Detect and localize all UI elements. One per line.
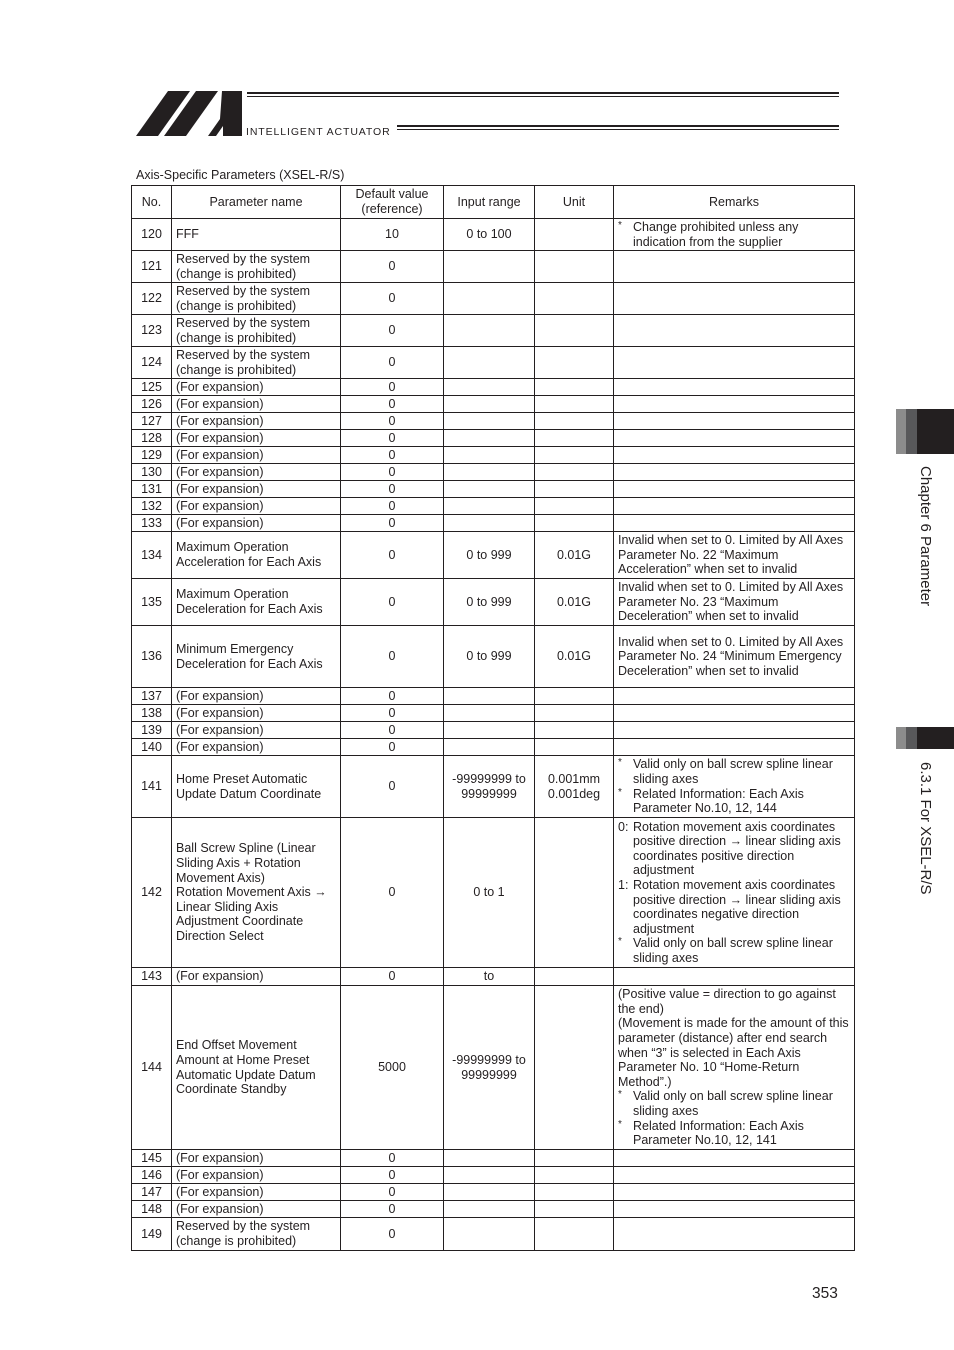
- param-range: -99999999 to99999999: [444, 986, 535, 1150]
- param-remarks: [614, 347, 855, 379]
- remark-item: *Valid only on ball screw spline linear …: [618, 936, 850, 965]
- param-default: 0: [341, 464, 444, 481]
- param-default: 0: [341, 722, 444, 739]
- param-unit: [535, 1150, 614, 1167]
- param-no: 133: [132, 515, 172, 532]
- param-range: [444, 1218, 535, 1251]
- param-no: 127: [132, 413, 172, 430]
- param-remarks: *Change prohibited unless any indication…: [614, 219, 855, 251]
- param-no: 140: [132, 739, 172, 756]
- param-range: 0 to 999: [444, 579, 535, 626]
- param-default: 0: [341, 1218, 444, 1251]
- parameter-table: No. Parameter name Default value(referen…: [131, 185, 855, 1251]
- param-no: 138: [132, 705, 172, 722]
- param-no: 148: [132, 1201, 172, 1218]
- param-unit: [535, 1201, 614, 1218]
- param-remarks: [614, 315, 855, 347]
- param-no: 141: [132, 756, 172, 818]
- param-default: 0: [341, 739, 444, 756]
- param-remarks: [614, 379, 855, 396]
- table-row: 144End Offset MovementAmount at Home Pre…: [132, 986, 855, 1150]
- param-unit: [535, 219, 614, 251]
- param-default: 0: [341, 756, 444, 818]
- param-unit: [535, 968, 614, 986]
- param-remarks: [614, 515, 855, 532]
- section-label: 6.3.1 For XSEL-R/S: [917, 762, 934, 895]
- param-default: 0: [341, 626, 444, 688]
- remark-item: 1:Rotation movement axis coordinates pos…: [618, 878, 850, 936]
- param-no: 128: [132, 430, 172, 447]
- param-default: 0: [341, 379, 444, 396]
- table-row: 146(For expansion)0: [132, 1167, 855, 1184]
- remark-item: Invalid when set to 0. Limited by All Ax…: [618, 580, 850, 624]
- table-row: 136Minimum EmergencyDeceleration for Eac…: [132, 626, 855, 688]
- param-range: -99999999 to99999999: [444, 756, 535, 818]
- param-default: 0: [341, 430, 444, 447]
- param-no: 124: [132, 347, 172, 379]
- param-range: [444, 251, 535, 283]
- param-name: Minimum EmergencyDeceleration for Each A…: [172, 626, 341, 688]
- param-no: 144: [132, 986, 172, 1150]
- param-default: 0: [341, 579, 444, 626]
- param-unit: [535, 315, 614, 347]
- table-row: 147(For expansion)0: [132, 1184, 855, 1201]
- table-header-row: No. Parameter name Default value(referen…: [132, 186, 855, 219]
- param-range: [444, 430, 535, 447]
- table-row: 128(For expansion)0: [132, 430, 855, 447]
- table-row: 137(For expansion)0: [132, 688, 855, 705]
- param-range: [444, 379, 535, 396]
- table-row: 120FFF100 to 100*Change prohibited unles…: [132, 219, 855, 251]
- section-tab-marker: [896, 727, 954, 749]
- param-remarks: [614, 1167, 855, 1184]
- table-row: 142Ball Screw Spline (LinearSliding Axis…: [132, 818, 855, 968]
- param-no: 129: [132, 447, 172, 464]
- remark-item: Invalid when set to 0. Limited by All Ax…: [618, 533, 850, 577]
- param-unit: 0.01G: [535, 579, 614, 626]
- param-name: (For expansion): [172, 1184, 341, 1201]
- param-default: 10: [341, 219, 444, 251]
- param-name: (For expansion): [172, 1201, 341, 1218]
- param-unit: 0.01G: [535, 532, 614, 579]
- param-remarks: [614, 464, 855, 481]
- param-remarks: [614, 1201, 855, 1218]
- param-unit: [535, 1167, 614, 1184]
- param-default: 0: [341, 818, 444, 968]
- param-unit: [535, 379, 614, 396]
- param-range: [444, 1184, 535, 1201]
- param-remarks: [614, 688, 855, 705]
- param-no: 136: [132, 626, 172, 688]
- table-row: 131(For expansion)0: [132, 481, 855, 498]
- remark-item: *Valid only on ball screw spline linear …: [618, 1089, 850, 1118]
- param-name: Maximum OperationDeceleration for Each A…: [172, 579, 341, 626]
- param-range: [444, 705, 535, 722]
- param-remarks: 0:Rotation movement axis coordinates pos…: [614, 818, 855, 968]
- param-unit: [535, 739, 614, 756]
- table-row: 124Reserved by the system(change is proh…: [132, 347, 855, 379]
- param-unit: [535, 818, 614, 968]
- param-name: (For expansion): [172, 413, 341, 430]
- param-default: 0: [341, 1150, 444, 1167]
- param-unit: [535, 251, 614, 283]
- param-name: Home Preset AutomaticUpdate Datum Coordi…: [172, 756, 341, 818]
- column-header-no: No.: [132, 186, 172, 219]
- param-range: [444, 1167, 535, 1184]
- param-default: 0: [341, 688, 444, 705]
- param-remarks: *Valid only on ball screw spline linear …: [614, 756, 855, 818]
- param-range: [444, 722, 535, 739]
- brand-name: INTELLIGENT ACTUATOR: [246, 126, 391, 138]
- column-header-unit: Unit: [535, 186, 614, 219]
- column-header-default: Default value(reference): [341, 186, 444, 219]
- param-range: 0 to 1: [444, 818, 535, 968]
- param-range: [444, 447, 535, 464]
- table-row: 125(For expansion)0: [132, 379, 855, 396]
- param-default: 0: [341, 1184, 444, 1201]
- param-remarks: [614, 396, 855, 413]
- param-name: (For expansion): [172, 515, 341, 532]
- table-row: 129(For expansion)0: [132, 447, 855, 464]
- param-no: 134: [132, 532, 172, 579]
- param-name: (For expansion): [172, 481, 341, 498]
- remark-item: 0:Rotation movement axis coordinates pos…: [618, 820, 850, 878]
- param-no: 146: [132, 1167, 172, 1184]
- param-default: 0: [341, 481, 444, 498]
- param-no: 131: [132, 481, 172, 498]
- remark-item: *Change prohibited unless any indication…: [618, 220, 850, 249]
- table-row: 126(For expansion)0: [132, 396, 855, 413]
- param-name: Reserved by the system(change is prohibi…: [172, 347, 341, 379]
- remark-item: (Movement is made for the amount of this…: [618, 1016, 850, 1089]
- param-range: [444, 396, 535, 413]
- param-range: [444, 498, 535, 515]
- param-unit: [535, 1184, 614, 1201]
- param-unit: [535, 430, 614, 447]
- param-no: 143: [132, 968, 172, 986]
- param-no: 123: [132, 315, 172, 347]
- param-no: 132: [132, 498, 172, 515]
- param-no: 142: [132, 818, 172, 968]
- param-no: 125: [132, 379, 172, 396]
- param-range: [444, 515, 535, 532]
- param-name: (For expansion): [172, 498, 341, 515]
- param-default: 5000: [341, 986, 444, 1150]
- param-remarks: [614, 739, 855, 756]
- param-no: 120: [132, 219, 172, 251]
- param-unit: 0.001mm0.001deg: [535, 756, 614, 818]
- param-name: (For expansion): [172, 705, 341, 722]
- chapter-tab-marker: [896, 409, 954, 454]
- table-row: 141Home Preset AutomaticUpdate Datum Coo…: [132, 756, 855, 818]
- param-unit: 0.01G: [535, 626, 614, 688]
- param-name: FFF: [172, 219, 341, 251]
- header-rule: [247, 96, 839, 97]
- param-no: 135: [132, 579, 172, 626]
- param-remarks: [614, 705, 855, 722]
- param-remarks: Invalid when set to 0. Limited by All Ax…: [614, 579, 855, 626]
- param-remarks: [614, 481, 855, 498]
- table-caption: Axis-Specific Parameters (XSEL-R/S): [136, 168, 344, 182]
- param-remarks: [614, 498, 855, 515]
- param-unit: [535, 481, 614, 498]
- param-default: 0: [341, 251, 444, 283]
- param-no: 149: [132, 1218, 172, 1251]
- param-range: [444, 413, 535, 430]
- param-no: 121: [132, 251, 172, 283]
- param-remarks: Invalid when set to 0. Limited by All Ax…: [614, 532, 855, 579]
- param-unit: [535, 1218, 614, 1251]
- column-header-range: Input range: [444, 186, 535, 219]
- param-remarks: Invalid when set to 0. Limited by All Ax…: [614, 626, 855, 688]
- param-name: (For expansion): [172, 1167, 341, 1184]
- table-row: 135Maximum OperationDeceleration for Eac…: [132, 579, 855, 626]
- param-name: End Offset MovementAmount at Home Preset…: [172, 986, 341, 1150]
- param-default: 0: [341, 283, 444, 315]
- table-row: 130(For expansion)0: [132, 464, 855, 481]
- param-default: 0: [341, 968, 444, 986]
- param-range: [444, 315, 535, 347]
- table-row: 127(For expansion)0: [132, 413, 855, 430]
- table-row: 133(For expansion)0: [132, 515, 855, 532]
- param-range: 0 to 999: [444, 626, 535, 688]
- param-remarks: [614, 1184, 855, 1201]
- column-header-name: Parameter name: [172, 186, 341, 219]
- param-name: (For expansion): [172, 379, 341, 396]
- param-name: Reserved by the system(change is prohibi…: [172, 251, 341, 283]
- column-header-remarks: Remarks: [614, 186, 855, 219]
- param-name: Reserved by the system(change is prohibi…: [172, 315, 341, 347]
- param-unit: [535, 347, 614, 379]
- param-default: 0: [341, 1167, 444, 1184]
- param-remarks: [614, 968, 855, 986]
- table-row: 134Maximum OperationAcceleration for Eac…: [132, 532, 855, 579]
- table-row: 145(For expansion)0: [132, 1150, 855, 1167]
- param-name: (For expansion): [172, 688, 341, 705]
- remark-item: *Related Information: Each Axis Paramete…: [618, 787, 850, 816]
- param-no: 126: [132, 396, 172, 413]
- remark-item: Invalid when set to 0. Limited by All Ax…: [618, 635, 850, 679]
- param-no: 145: [132, 1150, 172, 1167]
- param-remarks: [614, 413, 855, 430]
- param-no: 147: [132, 1184, 172, 1201]
- param-unit: [535, 447, 614, 464]
- param-default: 0: [341, 498, 444, 515]
- param-remarks: [614, 251, 855, 283]
- param-remarks: [614, 1218, 855, 1251]
- param-default: 0: [341, 515, 444, 532]
- param-name: (For expansion): [172, 968, 341, 986]
- table-row: 143(For expansion)0to: [132, 968, 855, 986]
- param-default: 0: [341, 347, 444, 379]
- param-remarks: [614, 1150, 855, 1167]
- param-unit: [535, 705, 614, 722]
- param-range: [444, 283, 535, 315]
- param-range: [444, 1150, 535, 1167]
- header-rule: [397, 125, 839, 127]
- chapter-label: Chapter 6 Parameter: [917, 466, 934, 606]
- param-unit: [535, 986, 614, 1150]
- param-name: Reserved by the system(change is prohibi…: [172, 283, 341, 315]
- param-no: 137: [132, 688, 172, 705]
- param-range: [444, 1201, 535, 1218]
- param-default: 0: [341, 1201, 444, 1218]
- table-row: 122Reserved by the system(change is proh…: [132, 283, 855, 315]
- param-unit: [535, 396, 614, 413]
- param-name: (For expansion): [172, 447, 341, 464]
- table-row: 139(For expansion)0: [132, 722, 855, 739]
- param-range: [444, 688, 535, 705]
- param-range: [444, 739, 535, 756]
- param-name: (For expansion): [172, 464, 341, 481]
- remark-item: (Positive value = direction to go agains…: [618, 987, 850, 1016]
- param-no: 130: [132, 464, 172, 481]
- param-range: [444, 347, 535, 379]
- param-name: (For expansion): [172, 1150, 341, 1167]
- table-row: 132(For expansion)0: [132, 498, 855, 515]
- param-unit: [535, 464, 614, 481]
- table-row: 121Reserved by the system(change is proh…: [132, 251, 855, 283]
- remark-item: *Valid only on ball screw spline linear …: [618, 757, 850, 786]
- table-row: 138(For expansion)0: [132, 705, 855, 722]
- table-row: 123Reserved by the system(change is proh…: [132, 315, 855, 347]
- header-rule: [247, 92, 839, 94]
- param-unit: [535, 722, 614, 739]
- param-default: 0: [341, 705, 444, 722]
- remark-item: *Related Information: Each Axis Paramete…: [618, 1119, 850, 1148]
- param-name: Maximum OperationAcceleration for Each A…: [172, 532, 341, 579]
- param-unit: [535, 413, 614, 430]
- table-row: 140(For expansion)0: [132, 739, 855, 756]
- param-name: (For expansion): [172, 722, 341, 739]
- param-unit: [535, 498, 614, 515]
- param-remarks: [614, 722, 855, 739]
- param-default: 0: [341, 396, 444, 413]
- param-range: [444, 464, 535, 481]
- param-no: 122: [132, 283, 172, 315]
- param-range: 0 to 999: [444, 532, 535, 579]
- header-rule: [397, 129, 839, 130]
- param-default: 0: [341, 532, 444, 579]
- param-unit: [535, 688, 614, 705]
- param-default: 0: [341, 447, 444, 464]
- param-remarks: [614, 283, 855, 315]
- param-name: Reserved by the system(change is prohibi…: [172, 1218, 341, 1251]
- param-name: (For expansion): [172, 430, 341, 447]
- param-name: Ball Screw Spline (LinearSliding Axis + …: [172, 818, 341, 968]
- table-row: 149Reserved by the system(change is proh…: [132, 1218, 855, 1251]
- param-remarks: (Positive value = direction to go agains…: [614, 986, 855, 1150]
- param-range: [444, 481, 535, 498]
- param-range: to: [444, 968, 535, 986]
- param-remarks: [614, 430, 855, 447]
- param-default: 0: [341, 413, 444, 430]
- param-range: 0 to 100: [444, 219, 535, 251]
- param-default: 0: [341, 315, 444, 347]
- table-row: 148(For expansion)0: [132, 1201, 855, 1218]
- param-remarks: [614, 447, 855, 464]
- param-name: (For expansion): [172, 396, 341, 413]
- iai-logo-icon: [136, 91, 244, 136]
- param-no: 139: [132, 722, 172, 739]
- param-unit: [535, 283, 614, 315]
- param-name: (For expansion): [172, 739, 341, 756]
- page-number: 353: [812, 1285, 838, 1303]
- param-unit: [535, 515, 614, 532]
